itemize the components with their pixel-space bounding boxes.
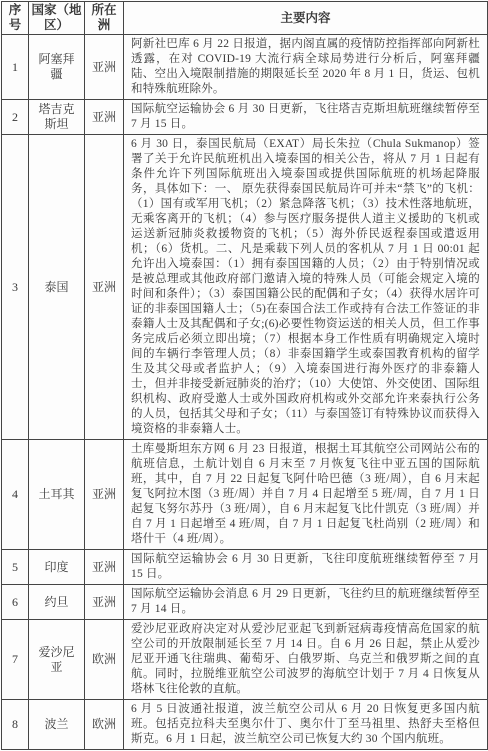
continent-name: 欧洲 [85, 700, 124, 750]
table-row: 5 印度 亚洲 国际航空运输协会 6 月 30 日更新，飞往印度航班继续暂停至 … [2, 550, 488, 585]
main-content-text: 6 月 30 日，泰国民航局（EXAT）局长朱拉（Chula Sukmanop）… [124, 135, 488, 440]
table-row: 1 阿塞拜疆 亚洲 阿新社巴库 6 月 22 日报道，据内阁直属的疫情防控指挥部… [2, 35, 488, 100]
country-name: 土耳其 [29, 440, 85, 550]
country-name: 约旦 [29, 585, 85, 620]
country-name: 波兰 [29, 700, 85, 750]
table-row: 3 泰国 亚洲 6 月 30 日，泰国民航局（EXAT）局长朱拉（Chula S… [2, 135, 488, 440]
country-name: 塔吉克斯坦 [29, 100, 85, 135]
row-number: 7 [2, 620, 29, 700]
continent-name: 亚洲 [85, 440, 124, 550]
continent-name: 亚洲 [85, 135, 124, 440]
main-content-text: 国际航空运输协会消息 6 月 29 日更新，飞往约旦的航班继续暂停至 7 月 1… [124, 585, 488, 620]
country-name: 阿塞拜疆 [29, 35, 85, 100]
continent-name: 欧洲 [85, 620, 124, 700]
table-row: 6 约旦 亚洲 国际航空运输协会消息 6 月 29 日更新，飞往约旦的航班继续暂… [2, 585, 488, 620]
main-content-text: 爱沙尼亚政府决定对从爱沙尼亚起飞到新冠病毒疫情高危国家的航空公司的开放限制延长至… [124, 620, 488, 700]
continent-name: 亚洲 [85, 100, 124, 135]
main-content-text: 土库曼斯坦东方网 6 月 23 日报道，根据土耳其航空公司网站公布的航班信息，土… [124, 440, 488, 550]
main-content-text: 国际航空运输协会 6 月 30 日更新，飞往印度航班继续暂停至 7 月 15 日… [124, 550, 488, 585]
flight-restrictions-table: 序号 国家（地区） 所在洲 主要内容 1 阿塞拜疆 亚洲 阿新社巴库 6 月 2… [1, 1, 488, 750]
row-number: 4 [2, 440, 29, 550]
continent-name: 亚洲 [85, 35, 124, 100]
table-row: 7 爱沙尼亚 欧洲 爱沙尼亚政府决定对从爱沙尼亚起飞到新冠病毒疫情高危国家的航空… [2, 620, 488, 700]
row-number: 6 [2, 585, 29, 620]
row-number: 2 [2, 100, 29, 135]
row-number: 1 [2, 35, 29, 100]
table-row: 2 塔吉克斯坦 亚洲 国际航空运输协会 6 月 30 日更新，飞往塔吉克斯坦航班… [2, 100, 488, 135]
main-content-text: 阿新社巴库 6 月 22 日报道，据内阁直属的疫情防控指挥部向阿新杜透露，在对 … [124, 35, 488, 100]
country-name: 泰国 [29, 135, 85, 440]
header-continent: 所在洲 [85, 2, 124, 35]
table-row: 8 波兰 欧洲 6 月 5 日波通社报道，波兰航空公司从 6 月 20 日恢复更… [2, 700, 488, 750]
country-name: 印度 [29, 550, 85, 585]
header-content: 主要内容 [124, 2, 488, 35]
continent-name: 亚洲 [85, 550, 124, 585]
header-country: 国家（地区） [29, 2, 85, 35]
table-header-row: 序号 国家（地区） 所在洲 主要内容 [2, 2, 488, 35]
header-no: 序号 [2, 2, 29, 35]
row-number: 3 [2, 135, 29, 440]
main-content-text: 6 月 5 日波通社报道，波兰航空公司从 6 月 20 日恢复更多国内航班。包括… [124, 700, 488, 750]
row-number: 5 [2, 550, 29, 585]
continent-name: 亚洲 [85, 585, 124, 620]
country-name: 爱沙尼亚 [29, 620, 85, 700]
table-row: 4 土耳其 亚洲 土库曼斯坦东方网 6 月 23 日报道，根据土耳其航空公司网站… [2, 440, 488, 550]
main-content-text: 国际航空运输协会 6 月 30 日更新，飞往塔吉克斯坦航班继续暂停至 7 月 1… [124, 100, 488, 135]
row-number: 8 [2, 700, 29, 750]
document-page: 序号 国家（地区） 所在洲 主要内容 1 阿塞拜疆 亚洲 阿新社巴库 6 月 2… [0, 0, 488, 751]
